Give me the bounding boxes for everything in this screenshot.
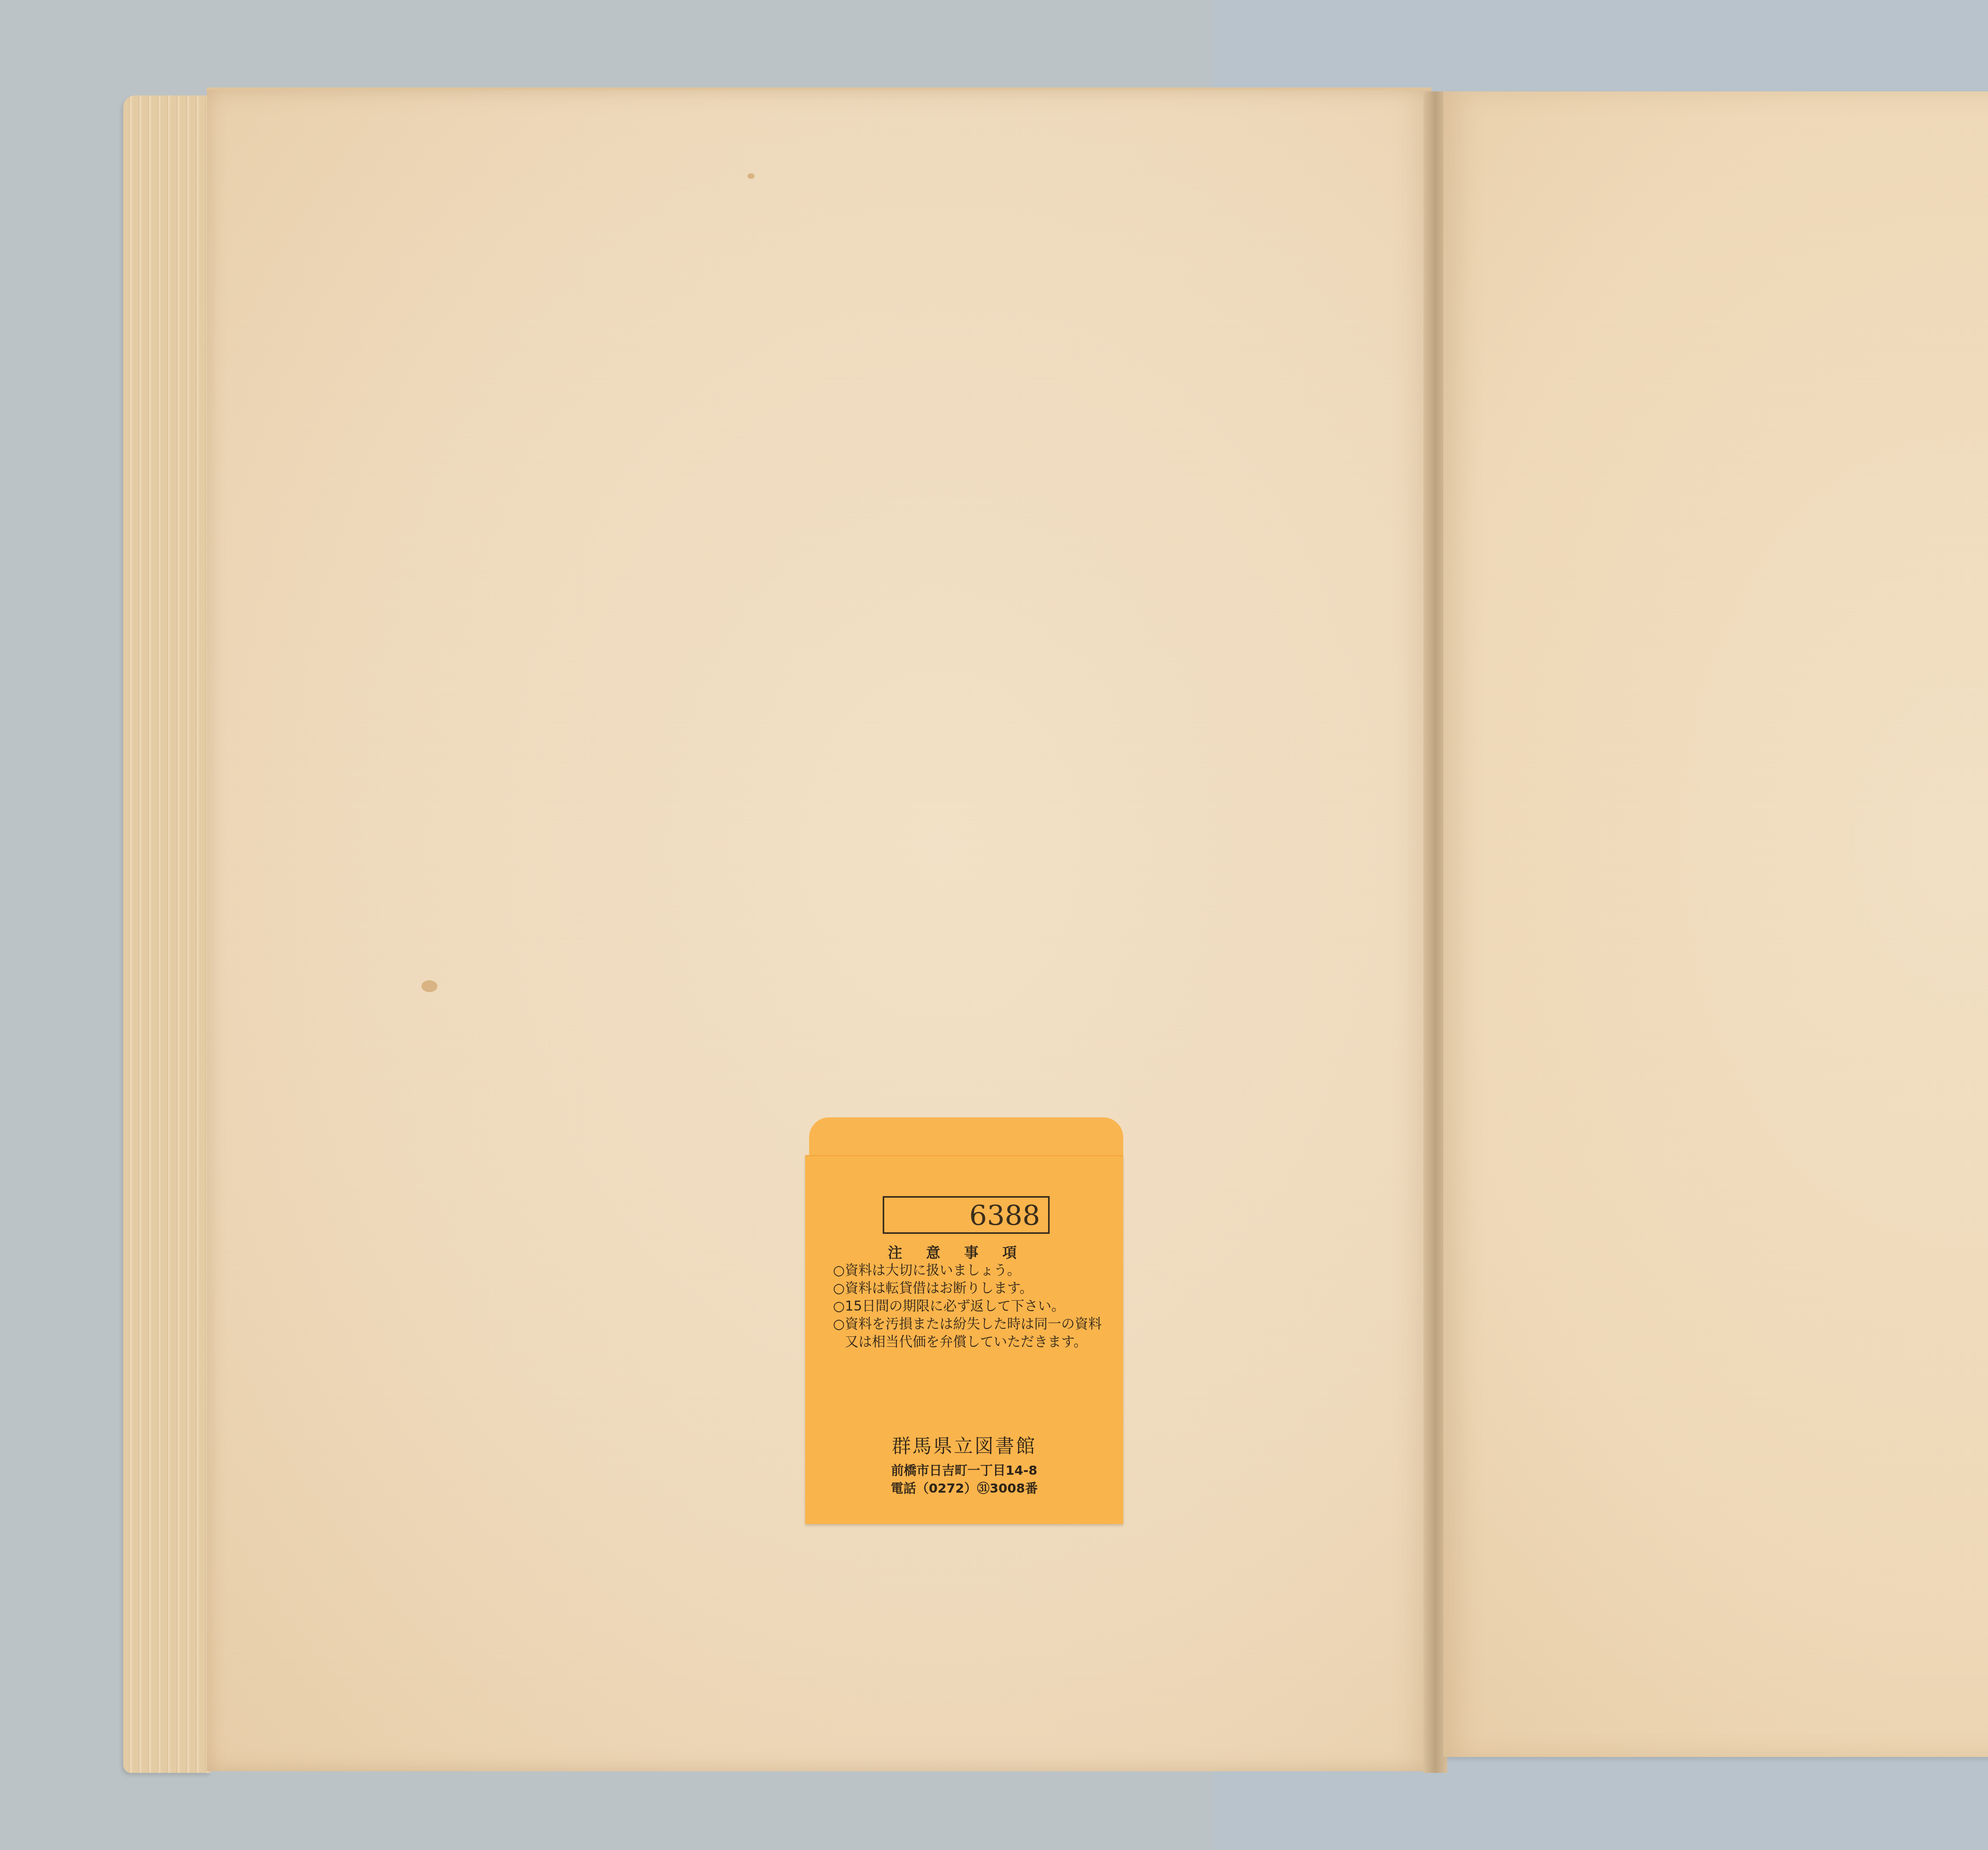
foxing-spot: [747, 173, 755, 179]
card-front: 6388 注意事項 ○ 資料は大切に扱いましょう。 ○ 資料は転貸借はお断りしま…: [805, 1155, 1123, 1524]
circle-bullet-icon: ○: [833, 1280, 845, 1297]
library-address: 前橋市日吉町一丁目14-8: [805, 1460, 1123, 1479]
note-item: ○ 15日間の期限に必ず返して下さい。: [833, 1297, 1111, 1315]
right-page: [1443, 91, 1988, 1757]
show-through-text: [827, 289, 918, 563]
note-text: 資料を汚損または紛失した時は同一の資料又は相当代価を弁償していただきます。: [845, 1315, 1111, 1351]
card-heading: 注意事項: [805, 1242, 1123, 1262]
note-item: ○ 資料は転貸借はお断りします。: [833, 1280, 1111, 1297]
note-text: 資料は転貸借はお断りします。: [845, 1280, 1033, 1297]
circle-bullet-icon: ○: [833, 1262, 845, 1280]
left-page: 6388 注意事項 ○ 資料は大切に扱いましょう。 ○ 資料は転貸借はお断りしま…: [207, 87, 1431, 1771]
library-phone: 電話（0272）㉛3008番: [805, 1478, 1123, 1497]
note-text: 15日間の期限に必ず返して下さい。: [845, 1297, 1065, 1315]
note-text: 資料は大切に扱いましょう。: [845, 1262, 1021, 1280]
page-edges: [123, 95, 211, 1773]
card-notes: ○ 資料は大切に扱いましょう。 ○ 資料は転貸借はお断りします。 ○ 15日間の…: [833, 1262, 1111, 1351]
open-book: 6388 注意事項 ○ 資料は大切に扱いましょう。 ○ 資料は転貸借はお断りしま…: [123, 80, 1988, 1769]
circle-bullet-icon: ○: [833, 1315, 845, 1351]
note-item: ○ 資料は大切に扱いましょう。: [833, 1262, 1111, 1280]
note-item: ○ 資料を汚損または紛失した時は同一の資料又は相当代価を弁償していただきます。: [833, 1315, 1111, 1351]
foxing-spot: [421, 980, 437, 992]
library-name: 群馬県立図書館: [805, 1431, 1123, 1458]
circle-bullet-icon: ○: [833, 1297, 845, 1315]
accession-number: 6388: [883, 1196, 1050, 1234]
library-pocket-card: 6388 注意事項 ○ 資料は大切に扱いましょう。 ○ 資料は転貸借はお断りしま…: [809, 1117, 1123, 1523]
